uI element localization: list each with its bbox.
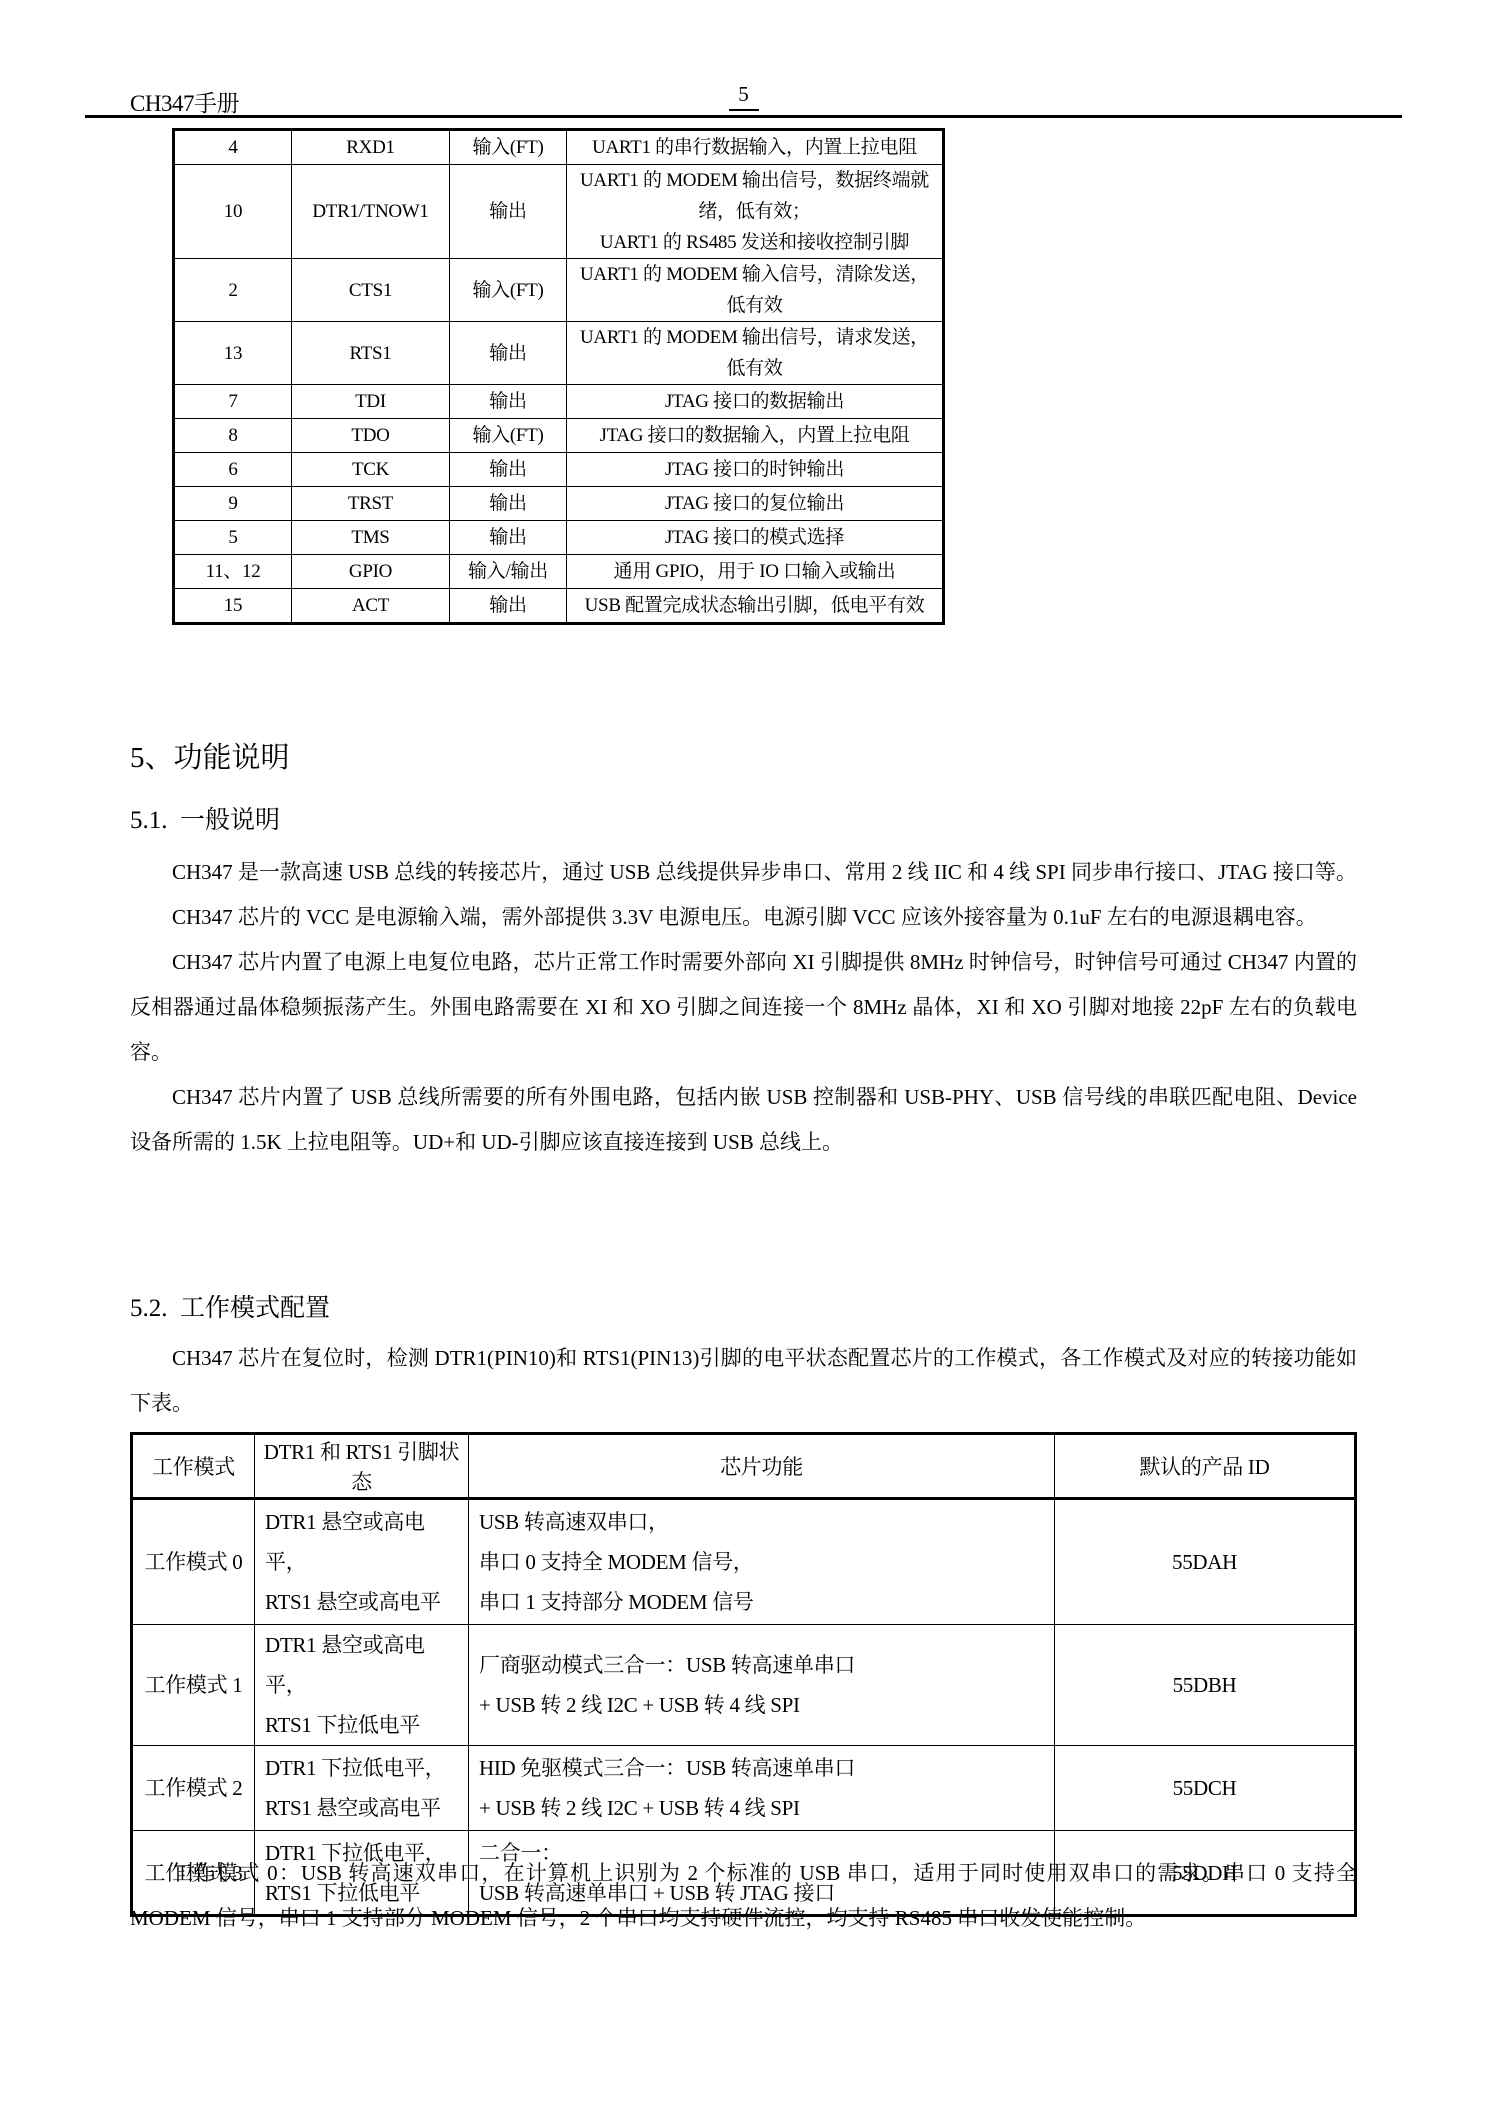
pin-number-cell: 13 <box>174 322 292 385</box>
product-id-cell: 55DBH <box>1055 1625 1356 1746</box>
mode-cell: 工作模式 1 <box>132 1625 255 1746</box>
pin-number-cell: 8 <box>174 419 292 453</box>
mode-table-row: 工作模式 0 DTR1 悬空或高电平， RTS1 悬空或高电平 USB 转高速双… <box>132 1499 1356 1625</box>
pin-desc-cell: JTAG 接口的复位输出 <box>567 487 944 521</box>
pin-desc-cell: UART1 的串行数据输入，内置上拉电阻 <box>567 130 944 165</box>
product-id-col-header: 默认的产品 ID <box>1055 1434 1356 1499</box>
mode-table-row: 工作模式 2 DTR1 下拉低电平， RTS1 悬空或高电平 HID 免驱模式三… <box>132 1746 1356 1831</box>
pins-col-header: DTR1 和 RTS1 引脚状态 <box>255 1434 469 1499</box>
pin-type-cell: 输入(FT) <box>450 419 567 453</box>
section-5-1-title: 5.1. 一般说明 <box>130 800 280 836</box>
pin-name-cell: RXD1 <box>292 130 450 165</box>
pin-name-cell: RTS1 <box>292 322 450 385</box>
pin-number-cell: 6 <box>174 453 292 487</box>
pin-table-row: 8 TDO 输入(FT) JTAG 接口的数据输入，内置上拉电阻 <box>174 419 944 453</box>
pin-type-cell: 输出 <box>450 521 567 555</box>
pin-desc-cell: UART1 的 MODEM 输出信号，请求发送，低有效 <box>567 322 944 385</box>
pin-table-row: 13 RTS1 输出 UART1 的 MODEM 输出信号，请求发送，低有效 <box>174 322 944 385</box>
pin-name-cell: TDO <box>292 419 450 453</box>
pin-number-cell: 4 <box>174 130 292 165</box>
pin-desc-cell: USB 配置完成状态输出引脚，低电平有效 <box>567 589 944 624</box>
pin-number-cell: 9 <box>174 487 292 521</box>
pin-name-cell: CTS1 <box>292 259 450 322</box>
pin-table-row: 2 CTS1 输入(FT) UART1 的 MODEM 输入信号，清除发送，低有… <box>174 259 944 322</box>
pin-table-row: 10 DTR1/TNOW1 输出 UART1 的 MODEM 输出信号，数据终端… <box>174 165 944 259</box>
mode-col-header: 工作模式 <box>132 1434 255 1499</box>
page-number-wrap: 5 <box>0 82 1487 111</box>
pin-desc-cell: UART1 的 MODEM 输出信号，数据终端就绪，低有效； UART1 的 R… <box>567 165 944 259</box>
function-col-header: 芯片功能 <box>469 1434 1055 1499</box>
section-5-title: 5、功能说明 <box>130 735 290 776</box>
paragraph: CH347 芯片在复位时，检测 DTR1(PIN10)和 RTS1(PIN13)… <box>130 1336 1357 1426</box>
pin-type-cell: 输出 <box>450 385 567 419</box>
pin-name-cell: TDI <box>292 385 450 419</box>
pin-desc-cell: JTAG 接口的时钟输出 <box>567 453 944 487</box>
pins-cell: DTR1 悬空或高电平， RTS1 悬空或高电平 <box>255 1499 469 1625</box>
product-id-cell: 55DCH <box>1055 1746 1356 1831</box>
paragraph: CH347 芯片内置了电源上电复位电路，芯片正常工作时需要外部向 XI 引脚提供… <box>130 940 1357 1075</box>
pin-table-row: 11、12 GPIO 输入/输出 通用 GPIO，用于 IO 口输入或输出 <box>174 555 944 589</box>
paragraph: CH347 芯片内置了 USB 总线所需要的所有外围电路，包括内嵌 USB 控制… <box>130 1075 1357 1165</box>
paragraph: CH347 是一款高速 USB 总线的转接芯片，通过 USB 总线提供异步串口、… <box>130 850 1357 895</box>
page-number: 5 <box>729 82 759 111</box>
product-id-cell: 55DAH <box>1055 1499 1356 1625</box>
mode-cell: 工作模式 2 <box>132 1746 255 1831</box>
pin-name-cell: DTR1/TNOW1 <box>292 165 450 259</box>
section-5-1-paragraphs: CH347 是一款高速 USB 总线的转接芯片，通过 USB 总线提供异步串口、… <box>130 850 1357 1165</box>
section-5-2-intro: CH347 芯片在复位时，检测 DTR1(PIN10)和 RTS1(PIN13)… <box>130 1336 1357 1426</box>
pin-number-cell: 10 <box>174 165 292 259</box>
pin-number-cell: 7 <box>174 385 292 419</box>
pin-table-row: 4 RXD1 输入(FT) UART1 的串行数据输入，内置上拉电阻 <box>174 130 944 165</box>
pin-desc-cell: UART1 的 MODEM 输入信号，清除发送，低有效 <box>567 259 944 322</box>
pin-name-cell: GPIO <box>292 555 450 589</box>
function-cell: 厂商驱动模式三合一：USB 转高速单串口 + USB 转 2 线 I2C + U… <box>469 1625 1055 1746</box>
pin-desc-cell: JTAG 接口的数据输出 <box>567 385 944 419</box>
pin-type-cell: 输入/输出 <box>450 555 567 589</box>
function-cell: HID 免驱模式三合一：USB 转高速单串口 + USB 转 2 线 I2C +… <box>469 1746 1055 1831</box>
pin-table-row: 15 ACT 输出 USB 配置完成状态输出引脚，低电平有效 <box>174 589 944 624</box>
pin-number-cell: 11、12 <box>174 555 292 589</box>
pin-desc-cell: JTAG 接口的模式选择 <box>567 521 944 555</box>
pin-name-cell: TCK <box>292 453 450 487</box>
pin-table-row: 6 TCK 输出 JTAG 接口的时钟输出 <box>174 453 944 487</box>
section-5-2-title: 5.2. 工作模式配置 <box>130 1288 330 1324</box>
pin-name-cell: ACT <box>292 589 450 624</box>
pins-cell: DTR1 下拉低电平， RTS1 悬空或高电平 <box>255 1746 469 1831</box>
mode-cell: 工作模式 0 <box>132 1499 255 1625</box>
paragraph: CH347 芯片的 VCC 是电源输入端，需外部提供 3.3V 电源电压。电源引… <box>130 895 1357 940</box>
pin-desc-cell: 通用 GPIO，用于 IO 口输入或输出 <box>567 555 944 589</box>
pin-table-row: 5 TMS 输出 JTAG 接口的模式选择 <box>174 521 944 555</box>
pin-table: 4 RXD1 输入(FT) UART1 的串行数据输入，内置上拉电阻 10 DT… <box>172 128 945 625</box>
pin-table-row: 9 TRST 输出 JTAG 接口的复位输出 <box>174 487 944 521</box>
pin-number-cell: 5 <box>174 521 292 555</box>
mode-table-row: 工作模式 1 DTR1 悬空或高电平， RTS1 下拉低电平 厂商驱动模式三合一… <box>132 1625 1356 1746</box>
header-rule <box>85 115 1402 118</box>
function-cell: USB 转高速双串口， 串口 0 支持全 MODEM 信号， 串口 1 支持部分… <box>469 1499 1055 1625</box>
pin-name-cell: TRST <box>292 487 450 521</box>
pin-name-cell: TMS <box>292 521 450 555</box>
pin-type-cell: 输出 <box>450 487 567 521</box>
pin-type-cell: 输出 <box>450 453 567 487</box>
mode-table-header-row: 工作模式 DTR1 和 RTS1 引脚状态 芯片功能 默认的产品 ID <box>132 1434 1356 1499</box>
pins-cell: DTR1 悬空或高电平， RTS1 下拉低电平 <box>255 1625 469 1746</box>
pin-type-cell: 输出 <box>450 165 567 259</box>
pin-table-row: 7 TDI 输出 JTAG 接口的数据输出 <box>174 385 944 419</box>
pin-type-cell: 输入(FT) <box>450 259 567 322</box>
document-page: CH347手册 5 4 RXD1 输入(FT) UART1 的串行数据输入，内置… <box>0 0 1487 2105</box>
section-5-2-closing: 工作模式 0：USB 转高速双串口，在计算机上识别为 2 个标准的 USB 串口… <box>130 1851 1357 1941</box>
pin-number-cell: 15 <box>174 589 292 624</box>
pin-number-cell: 2 <box>174 259 292 322</box>
mode-table: 工作模式 DTR1 和 RTS1 引脚状态 芯片功能 默认的产品 ID 工作模式… <box>130 1432 1357 1917</box>
pin-desc-cell: JTAG 接口的数据输入，内置上拉电阻 <box>567 419 944 453</box>
pin-type-cell: 输出 <box>450 322 567 385</box>
pin-type-cell: 输入(FT) <box>450 130 567 165</box>
paragraph: 工作模式 0：USB 转高速双串口，在计算机上识别为 2 个标准的 USB 串口… <box>130 1851 1357 1941</box>
pin-type-cell: 输出 <box>450 589 567 624</box>
